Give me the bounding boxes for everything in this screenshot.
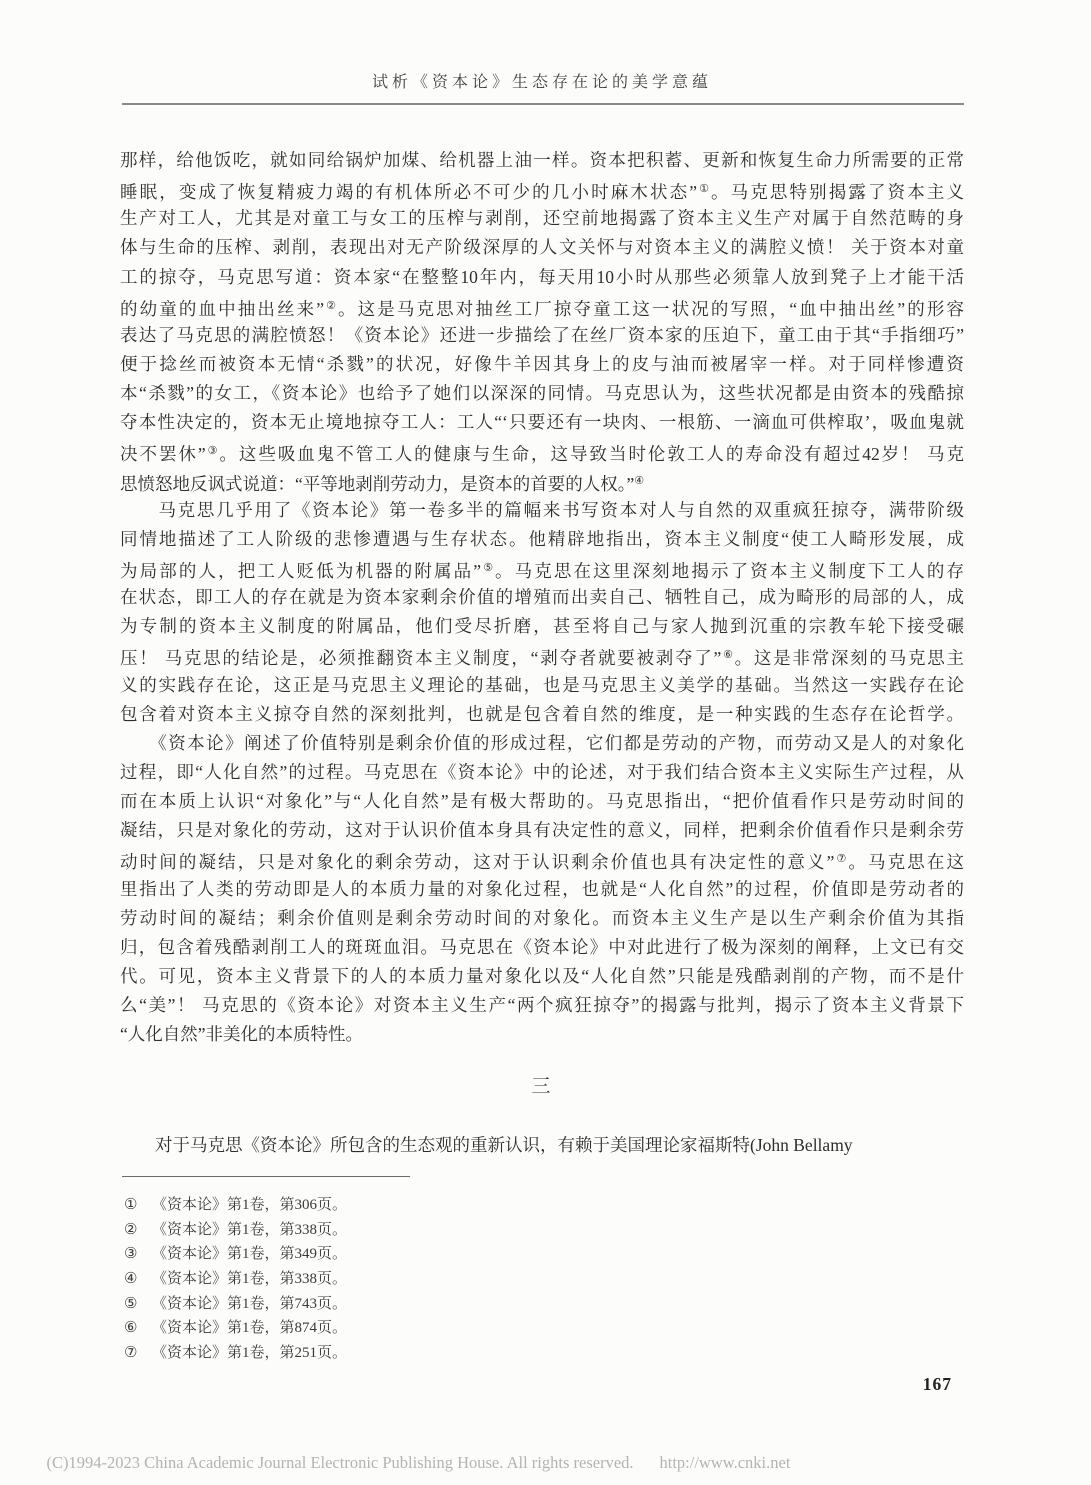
- footnote-text: 《资本论》第1卷，第306页。: [152, 1197, 347, 1213]
- body-line: 决不罢休”③。这些吸血鬼不管工人的健康与生命，这导致当时伦敦工人的寿命没有超过4…: [120, 437, 964, 466]
- body-line: 动时间的凝结，只是对象化的剩余劳动，这对于认识剩余价值也具有决定性的意义”⑦。马…: [120, 845, 964, 874]
- body-line: 为局部的人，把工人贬低为机器的附属品”⑤。马克思在这里深刻地揭示了资本主义制度下…: [120, 554, 964, 583]
- body-line: 的幼童的血中抽出丝来”②。这是马克思对抽丝工厂掠夺童工这一状况的写照，“血中抽出…: [120, 292, 964, 321]
- body-line: 对于马克思《资本论》所包含的生态观的重新认识，有赖于美国理论家福斯特(John …: [120, 1131, 964, 1160]
- body-line: 归，包含着残酷剥削工人的斑斑血泪。马克思在《资本论》中对此进行了极为深刻的阐释，…: [120, 933, 964, 962]
- body-line: 夺本性决定的，资本无止境地掠夺工人：工人“‘只要还有一块肉、一根筋、一滴血可供榨…: [120, 408, 964, 437]
- page-footer: (C)1994-2023 China Academic Journal Elec…: [30, 1433, 1070, 1485]
- footnote-divider: [122, 1176, 410, 1177]
- body-line: 思愤怒地反讽式说道：“平等地剥削劳动力，是资本的首要的人权。”④: [120, 467, 964, 496]
- body-line: 义的实践存在论，这正是马克思主义理论的基础，也是马克思主义美学的基础。当然这一实…: [120, 671, 964, 700]
- body-line: 凝结，只是对象化的劳动，这对于认识价值本身具有决定性的意义，同样，把剩余价值看作…: [120, 816, 964, 845]
- body-line: 那样，给他饭吃，就如同给锅炉加煤、给机器上油一样。资本把积蓄、更新和恢复生命力所…: [120, 146, 964, 175]
- header-rule: [122, 103, 964, 105]
- footnote-marker: ③: [124, 1242, 152, 1267]
- body-line: 过程，即“人化自然”的过程。马克思在《资本论》中的论述，对于我们结合资本主义实际…: [120, 758, 964, 787]
- footnote-item: ①《资本论》第1卷，第306页。: [124, 1193, 824, 1218]
- footnote-marker: ④: [124, 1267, 152, 1292]
- footnote-marker: ②: [124, 1218, 152, 1243]
- page-number: 167: [120, 1374, 952, 1395]
- body-line: 工的掠夺，马克思写道：资本家“在整整10年内，每天用10小时从那些必须靠人放到凳…: [120, 263, 964, 292]
- body-line: 同情地描述了工人阶级的悲惨遭遇与生存状态。他精辟地指出，资本主义制度“使工人畸形…: [120, 525, 964, 554]
- footnote-item: ④《资本论》第1卷，第338页。: [124, 1267, 824, 1292]
- footnote-item: ⑥《资本论》第1卷，第874页。: [124, 1316, 824, 1341]
- body-line: 么“美”！ 马克思的《资本论》对资本主义生产“两个疯狂掠夺”的揭露与批判，揭示了…: [120, 991, 964, 1020]
- body-line: 里指出了人类的劳动即是人的本质力量的对象化过程，也就是“人化自然”的过程，价值即…: [120, 875, 964, 904]
- footnote-marker: ⑤: [124, 1292, 152, 1317]
- body-line: 包含着对资本主义掠夺自然的深刻批判，也就是包含着自然的维度，是一种实践的生态存在…: [120, 700, 964, 729]
- section-first-paragraph: 对于马克思《资本论》所包含的生态观的重新认识，有赖于美国理论家福斯特(John …: [120, 1131, 964, 1160]
- footnote-text: 《资本论》第1卷，第251页。: [152, 1345, 347, 1361]
- footnote-text: 《资本论》第1卷，第349页。: [152, 1246, 347, 1262]
- footnote-marker: ①: [124, 1193, 152, 1218]
- section-heading: 三: [120, 1072, 964, 1102]
- body-text: 那样，给他饭吃，就如同给锅炉加煤、给机器上油一样。资本把积蓄、更新和恢复生命力所…: [120, 146, 964, 1049]
- body-line: 马克思几乎用了《资本论》第一卷多半的篇幅来书写资本对人与自然的双重疯狂掠夺，满带…: [120, 496, 964, 525]
- body-line: 为专制的资本主义制度的附属品，他们受尽折磨，甚至将自己与家人抛到沉重的宗教车轮下…: [120, 612, 964, 641]
- footnote-item: ⑦《资本论》第1卷，第251页。: [124, 1341, 824, 1366]
- running-title: 试析《资本论》生态存在论的美学意蕴: [120, 70, 964, 96]
- footnote-marker: ⑥: [124, 1316, 152, 1341]
- body-line: 便于捻丝而被资本无情“杀戮”的状况，好像牛羊因其身上的皮与油而被屠宰一样。对于同…: [120, 350, 964, 379]
- body-line: 《资本论》阐述了价值特别是剩余价值的形成过程，它们都是劳动的产物，而劳动又是人的…: [120, 729, 964, 758]
- body-line: 代。可见，资本主义背景下的人的本质力量对象化以及“人化自然”只能是残酷剥削的产物…: [120, 962, 964, 991]
- body-line: 劳动时间的凝结；剩余价值则是剩余劳动时间的对象化。而资本主义生产是以生产剩余价值…: [120, 904, 964, 933]
- footer-url: http://www.cnki.net: [660, 1453, 791, 1472]
- footnote-item: ③《资本论》第1卷，第349页。: [124, 1242, 824, 1267]
- footnote-text: 《资本论》第1卷，第743页。: [152, 1296, 347, 1312]
- footnote-text: 《资本论》第1卷，第874页。: [152, 1320, 347, 1336]
- footnote-marker: ⑦: [124, 1341, 152, 1366]
- body-line: 压！ 马克思的结论是，必须推翻资本主义制度，“剥夺者就要被剥夺了”⑥。这是非常深…: [120, 641, 964, 670]
- page-header: 试析《资本论》生态存在论的美学意蕴: [120, 70, 964, 96]
- body-line: “人化自然”非美化的本质特性。: [120, 1020, 964, 1049]
- body-line: 生产对工人，尤其是对童工与女工的压榨与剥削，还空前地揭露了资本主义生产对属于自然…: [120, 204, 964, 233]
- footnotes: ①《资本论》第1卷，第306页。 ②《资本论》第1卷，第338页。 ③《资本论》…: [124, 1193, 824, 1366]
- body-line: 表达了马克思的满腔愤怒！《资本论》还进一步描绘了在丝厂资本家的压迫下，童工由于其…: [120, 321, 964, 350]
- body-line: 本“杀戮”的女工，《资本论》也给予了她们以深深的同情。马克思认为，这些状况都是由…: [120, 379, 964, 408]
- footnote-item: ⑤《资本论》第1卷，第743页。: [124, 1292, 824, 1317]
- footer-copyright: (C)1994-2023 China Academic Journal Elec…: [47, 1453, 634, 1472]
- footnote-text: 《资本论》第1卷，第338页。: [152, 1271, 347, 1287]
- footnote-item: ②《资本论》第1卷，第338页。: [124, 1218, 824, 1243]
- body-line: 睡眠，变成了恢复精疲力竭的有机体所必不可少的几小时麻木状态”①。马克思特别揭露了…: [120, 175, 964, 204]
- footnote-text: 《资本论》第1卷，第338页。: [152, 1222, 347, 1238]
- body-line: 体与生命的压榨、剥削，表现出对无产阶级深厚的人文关怀与对资本主义的满腔义愤！ 关…: [120, 233, 964, 262]
- article-page: 试析《资本论》生态存在论的美学意蕴 那样，给他饭吃，就如同给锅炉加煤、给机器上油…: [0, 0, 1091, 1485]
- body-line: 而在本质上认识“对象化”与“人化自然”是有极大帮助的。马克思指出，“把价值看作只…: [120, 787, 964, 816]
- body-line: 在状态，即工人的存在就是为资本家剩余价值的增殖而出卖自己、牺牲自己，成为畸形的局…: [120, 583, 964, 612]
